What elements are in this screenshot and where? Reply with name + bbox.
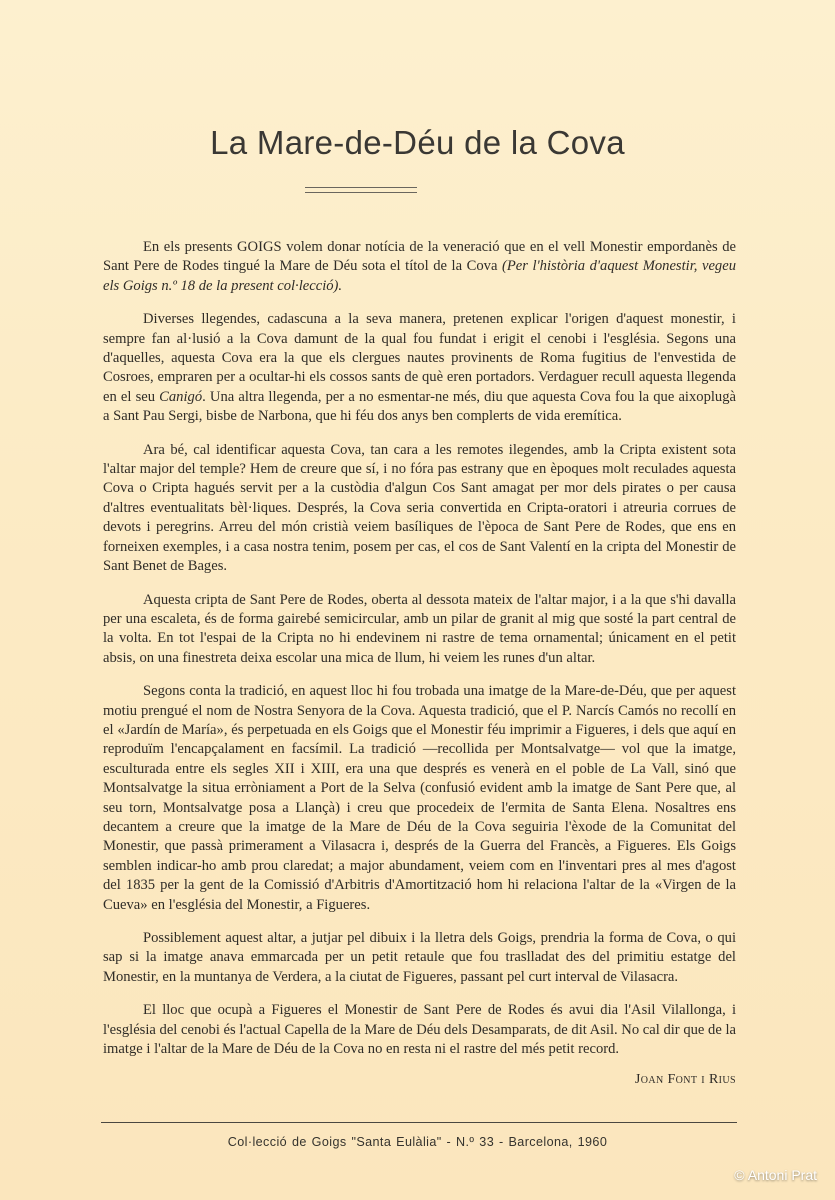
document-page: La Mare-de-Déu de la Cova En els present… (0, 0, 835, 1200)
page-title: La Mare-de-Déu de la Cova (0, 124, 835, 162)
collection-footer: Col·lecció de Goigs "Santa Eulàlia" - N.… (0, 1135, 835, 1149)
paragraph-legends: Diverses llegendes, cadascuna a la seva … (103, 310, 736, 426)
paragraph-intro: En els presents GOIGS volem donar notíci… (103, 238, 736, 296)
author-signature: Joan Font i Rius (635, 1072, 736, 1088)
book-title: Canigó (159, 389, 202, 405)
paragraph-tradition: Segons conta la tradició, en aquest lloc… (103, 682, 736, 915)
paragraph-altar: Possiblement aquest altar, a jutjar pel … (103, 929, 736, 987)
paragraph-figueres: El lloc que ocupà a Figueres el Monestir… (103, 1001, 736, 1059)
title-divider (305, 187, 417, 193)
copyright-watermark: © Antoni Prat (734, 1167, 817, 1183)
paragraph-crypt-description: Aquesta cripta de Sant Pere de Rodes, ob… (103, 591, 736, 669)
article-body: En els presents GOIGS volem donar notíci… (103, 238, 736, 1059)
paragraph-crypt-identification: Ara bé, cal identificar aquesta Cova, ta… (103, 441, 736, 577)
footer-divider (101, 1122, 737, 1123)
